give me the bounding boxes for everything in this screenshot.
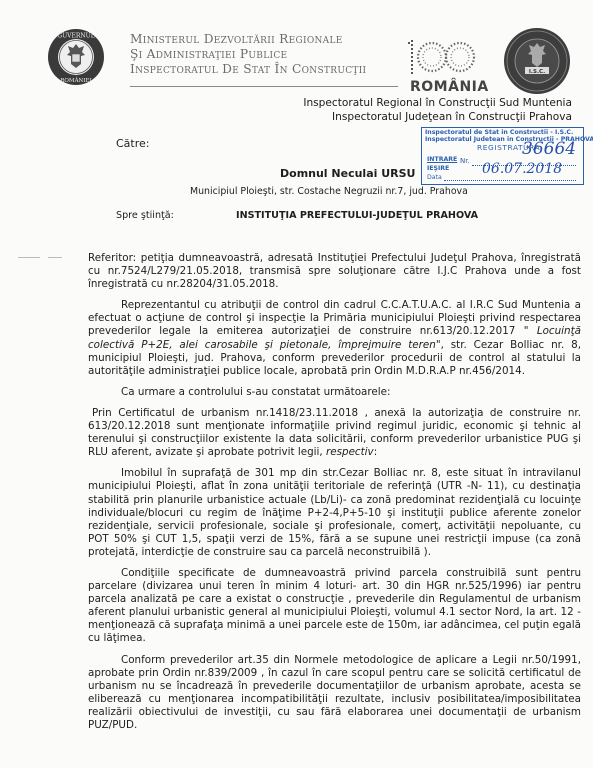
- ministry-line: Ministerul Dezvoltării Regionale: [130, 32, 366, 47]
- regional-line: Inspectoratul Regional în Construcţii Su…: [303, 96, 572, 110]
- paragraph-norms: Conform prevederilor art.35 din Normele …: [88, 654, 581, 733]
- stamp-nr-label: Nr.: [460, 158, 470, 166]
- registration-date: 06.07.2018: [482, 166, 562, 174]
- letter-body: Referitor: petiţia dumneavoastră, adresa…: [88, 252, 581, 740]
- scan-mark: [18, 257, 40, 258]
- stamp-iesire: IEŞIRE: [427, 165, 449, 173]
- svg-text:I.S.C.: I.S.C.: [529, 69, 545, 75]
- stamp-data-label: Data: [427, 174, 442, 182]
- svg-text:ROMÂNIEI: ROMÂNIEI: [60, 77, 91, 84]
- registration-number: 36664: [522, 146, 576, 154]
- recipient-address: Municipiul Ploieşti, str. Costache Negru…: [190, 186, 468, 197]
- guvernul-romaniei-seal-icon: GUVERNUL ROMÂNIEI: [47, 28, 105, 86]
- text-run: Reprezentantul cu atribuţii de control d…: [88, 299, 581, 337]
- ministry-line: Şi Administraţiei Publice: [130, 47, 366, 62]
- to-label: Către:: [116, 137, 150, 150]
- paragraph-conditions: Condiţiile specificate de dumneavoastră …: [88, 567, 581, 646]
- paragraph-findings-intro: Ca urmare a controlului s-au constatat u…: [88, 386, 581, 399]
- paragraph-reference: Referitor: petiţia dumneavoastră, adresa…: [88, 252, 581, 291]
- stamp-data-line: [444, 180, 576, 181]
- svg-text:GUVERNUL: GUVERNUL: [57, 33, 94, 40]
- letterhead: GUVERNUL ROMÂNIEI Ministerul Dezvoltării…: [0, 0, 593, 100]
- recipient-name: Domnul Neculai URSU: [280, 167, 415, 180]
- cc-label: Spre ştiinţă:: [116, 210, 174, 221]
- county-line: Inspectoratul Judeţean în Construcţii Pr…: [303, 110, 572, 124]
- text-run-italic: respectiv: [326, 446, 374, 458]
- regional-inspectorate: Inspectoratul Regional în Construcţii Su…: [303, 96, 572, 124]
- scan-mark: [48, 257, 62, 258]
- ministry-name: Ministerul Dezvoltării Regionale Şi Admi…: [130, 32, 366, 77]
- stamp-intrare: INTRARE: [427, 156, 457, 164]
- paragraph-property: Imobilul în suprafaţă de 301 mp din str.…: [88, 467, 581, 559]
- paragraph-urbanism-certificate: Prin Certificatul de urbanism nr.1418/23…: [88, 407, 581, 459]
- centenar-wordmark: ROMÂNIA: [410, 79, 489, 95]
- text-run: :: [374, 446, 378, 458]
- registration-stamp: Inspectoratul de Stat in Constructii - I…: [421, 127, 584, 185]
- isc-seal-icon: I.S.C.: [503, 27, 571, 95]
- ministry-line: Inspectoratul De Stat În Construcţii: [130, 62, 366, 77]
- cc-recipient: INSTITUŢIA PREFECTULUI-JUDEŢUL PRAHOVA: [236, 210, 478, 221]
- header-divider: [130, 86, 398, 87]
- paragraph-control-action: Reprezentantul cu atribuţii de control d…: [88, 299, 581, 378]
